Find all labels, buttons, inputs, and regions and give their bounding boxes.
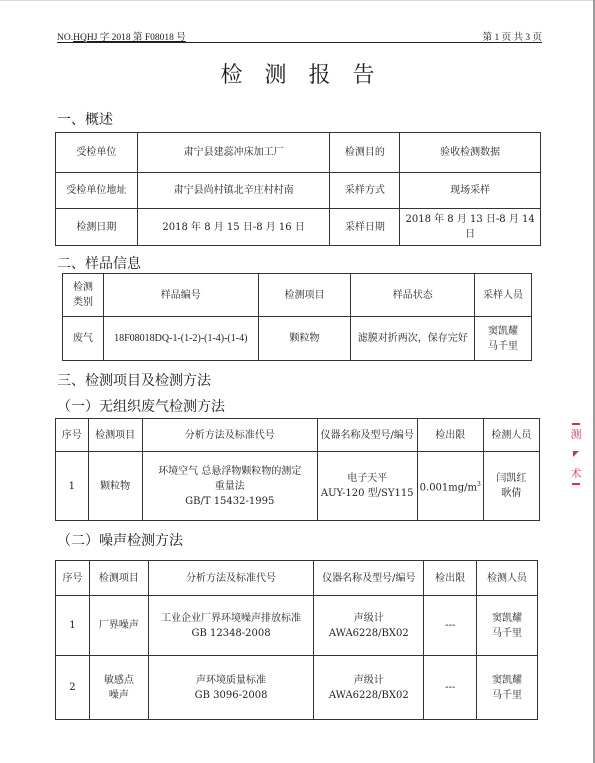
section-methods-heading: 三、检测项目及检测方法 xyxy=(57,370,211,390)
header-cell: 仪器名称及型号/编号 xyxy=(317,419,417,452)
report-title: 检测报告 xyxy=(0,58,595,89)
instrument-name: 电子天平 xyxy=(347,473,387,484)
label-cell: 采样方式 xyxy=(330,173,400,209)
item-cell: 敏感点噪声 xyxy=(89,656,148,720)
header-cell: 检测人员 xyxy=(477,561,538,596)
subsection-noise-heading: （二）噪声检测方法 xyxy=(57,530,183,550)
header-cell: 检出限 xyxy=(424,561,477,596)
header-cell: 序号 xyxy=(56,561,90,596)
method-line: 环境空气 总悬浮物颗粒物的测定 xyxy=(158,466,301,477)
header-cell: 检测项目 xyxy=(258,274,351,317)
table-header-row: 序号 检测项目 分析方法及标准代号 仪器名称及型号/编号 检出限 检测人员 xyxy=(56,561,538,596)
document-header: NO.HQHJ 字 2018 第 F08018 号 第 1 页 共 3 页 xyxy=(57,25,542,43)
table-row: 1 颗粒物 环境空气 总悬浮物颗粒物的测定重量法GB/T 15432-1995 … xyxy=(56,452,540,521)
overview-table: 受检单位 肃宁县建蕊冲床加工厂 检测目的 验收检测数据 受检单位地址 肃宁县尚村… xyxy=(55,132,541,246)
label-cell: 采样日期 xyxy=(330,209,400,246)
instrument-model: AWA6228/BX02 xyxy=(329,628,409,639)
table-row: 检测日期 2018 年 8 月 15 日-8 月 16 日 采样日期 2018 … xyxy=(56,209,541,246)
table-row: 2 敏感点噪声 声环境质量标准GB 3096-2008 声级计AWA6228/B… xyxy=(56,656,538,720)
stamp-character: 术 xyxy=(571,467,582,480)
method-cell: 声环境质量标准GB 3096-2008 xyxy=(148,656,314,720)
header-cell: 检测项目 xyxy=(88,419,142,452)
sampler-cell: 窦凯耀马千里 xyxy=(475,317,532,361)
state-cell: 滤膜对折两次，保存完好 xyxy=(351,317,475,361)
table-row: 废气 18F08018DQ-1-(1-2)-(1-4)-(1-4) 颗粒物 滤膜… xyxy=(63,317,532,361)
table-row: 1 厂界噪声 工业企业厂界环境噪声排放标准GB 12348-2008 声级计AW… xyxy=(56,596,538,656)
noise-methods-table: 序号 检测项目 分析方法及标准代号 仪器名称及型号/编号 检出限 检测人员 1 … xyxy=(55,560,538,720)
section-sample-info-heading: 二、样品信息 xyxy=(57,253,141,273)
table-header-row: 检测类别 样品编号 检测项目 样品状态 采样人员 xyxy=(63,274,532,317)
value-cell: 肃宁县建蕊冲床加工厂 xyxy=(137,133,330,173)
header-cell: 分析方法及标准代号 xyxy=(142,419,317,452)
sample-info-table: 检测类别 样品编号 检测项目 样品状态 采样人员 废气 18F08018DQ-1… xyxy=(62,273,532,361)
staff-name: 马千里 xyxy=(492,628,522,639)
staff-name: 窦凯耀 xyxy=(492,613,522,624)
header-cell: 序号 xyxy=(56,419,89,452)
sampler-name: 马千里 xyxy=(488,341,518,352)
instrument-cell: 声级计AWA6228/BX02 xyxy=(314,596,424,656)
instrument-name: 声级计 xyxy=(354,613,384,624)
item-line: 噪声 xyxy=(109,690,129,701)
value-cell: 现场采样 xyxy=(400,173,541,209)
document-number: NO.HQHJ 字 2018 第 F08018 号 xyxy=(57,29,186,43)
label-cell: 检测目的 xyxy=(330,133,400,173)
sample-number-cell: 18F08018DQ-1-(1-2)-(1-4)-(1-4) xyxy=(103,317,258,361)
table-row: 受检单位 肃宁县建蕊冲床加工厂 检测目的 验收检测数据 xyxy=(56,133,541,173)
seal-stamp-partial: 测 术 xyxy=(569,420,583,488)
header-cell: 样品编号 xyxy=(103,274,258,317)
sampler-name: 窦凯耀 xyxy=(488,326,518,337)
detection-limit-cell: --- xyxy=(424,596,477,656)
header-cell: 检出限 xyxy=(417,419,483,452)
label-cell: 受检单位地址 xyxy=(56,173,138,209)
item-cell: 厂界噪声 xyxy=(89,596,148,656)
stamp-mark xyxy=(573,451,579,457)
method-line: 声环境质量标准 xyxy=(196,675,266,686)
category-cell: 废气 xyxy=(63,317,104,361)
value-cell: 验收检测数据 xyxy=(400,133,541,173)
method-standard-code: GB 3096-2008 xyxy=(195,690,268,701)
detection-limit: 0.001mg/m xyxy=(420,482,477,493)
staff-cell: 窦凯耀马千里 xyxy=(477,656,538,720)
method-cell: 环境空气 总悬浮物颗粒物的测定重量法GB/T 15432-1995 xyxy=(142,452,317,521)
header-cell-line: 类别 xyxy=(73,297,93,308)
staff-name: 闫凯红 xyxy=(496,473,526,484)
subsection-fugitive-gas-heading: （一）无组织废气检测方法 xyxy=(57,396,225,416)
item-cell: 颗粒物 xyxy=(258,317,351,361)
header-cell: 样品状态 xyxy=(351,274,475,317)
staff-name: 窦凯耀 xyxy=(492,675,522,686)
stamp-mark xyxy=(572,483,580,485)
instrument-model: AWA6228/BX02 xyxy=(329,690,409,701)
value-cell: 肃宁县尚村镇北辛庄村村南 xyxy=(137,173,330,209)
fugitive-gas-methods-table: 序号 检测项目 分析方法及标准代号 仪器名称及型号/编号 检出限 检测人员 1 … xyxy=(55,418,540,521)
method-standard-code: GB 12348-2008 xyxy=(191,628,270,639)
label-cell: 检测日期 xyxy=(56,209,138,246)
header-cell: 采样人员 xyxy=(475,274,532,317)
detection-limit-superscript: 3 xyxy=(477,481,481,488)
detection-limit-cell: --- xyxy=(424,656,477,720)
method-line: 重量法 xyxy=(215,481,245,492)
section-overview-heading: 一、概述 xyxy=(57,109,113,129)
item-line: 敏感点 xyxy=(104,675,134,686)
header-cell: 检测类别 xyxy=(63,274,104,317)
staff-cell: 闫凯红耿倩 xyxy=(483,452,539,521)
document-number-value: HQHJ 字 2018 第 F08018 号 xyxy=(73,33,186,43)
header-cell: 仪器名称及型号/编号 xyxy=(314,561,424,596)
item-cell: 颗粒物 xyxy=(88,452,142,521)
staff-name: 耿倩 xyxy=(501,488,521,499)
header-cell: 分析方法及标准代号 xyxy=(148,561,314,596)
method-line: 工业企业厂界环境噪声排放标准 xyxy=(161,613,301,624)
page-edge-top xyxy=(0,0,595,1)
header-cell-line: 检测 xyxy=(73,282,93,293)
stamp-character: 测 xyxy=(571,428,582,441)
page-indicator: 第 1 页 共 3 页 xyxy=(483,29,542,43)
method-cell: 工业企业厂界环境噪声排放标准GB 12348-2008 xyxy=(148,596,314,656)
instrument-cell: 电子天平AUY-120 型/SY115 xyxy=(317,452,417,521)
stamp-mark xyxy=(572,423,580,425)
staff-name: 马千里 xyxy=(492,690,522,701)
number-cell: 2 xyxy=(56,656,90,720)
value-cell: 2018 年 8 月 13 日-8 月 14 日 xyxy=(400,209,541,246)
label-cell: 受检单位 xyxy=(56,133,138,173)
staff-cell: 窦凯耀马千里 xyxy=(477,596,538,656)
document-number-prefix: NO. xyxy=(57,33,73,43)
table-row: 受检单位地址 肃宁县尚村镇北辛庄村村南 采样方式 现场采样 xyxy=(56,173,541,209)
instrument-name: 声级计 xyxy=(354,675,384,686)
number-cell: 1 xyxy=(56,452,89,521)
instrument-model: AUY-120 型/SY115 xyxy=(321,488,414,499)
header-cell: 检测项目 xyxy=(89,561,148,596)
number-cell: 1 xyxy=(56,596,90,656)
table-header-row: 序号 检测项目 分析方法及标准代号 仪器名称及型号/编号 检出限 检测人员 xyxy=(56,419,540,452)
method-standard-code: GB/T 15432-1995 xyxy=(185,496,274,507)
detection-limit-cell: 0.001mg/m3 xyxy=(417,452,483,521)
instrument-cell: 声级计AWA6228/BX02 xyxy=(314,656,424,720)
header-cell: 检测人员 xyxy=(483,419,539,452)
value-cell: 2018 年 8 月 15 日-8 月 16 日 xyxy=(137,209,330,246)
